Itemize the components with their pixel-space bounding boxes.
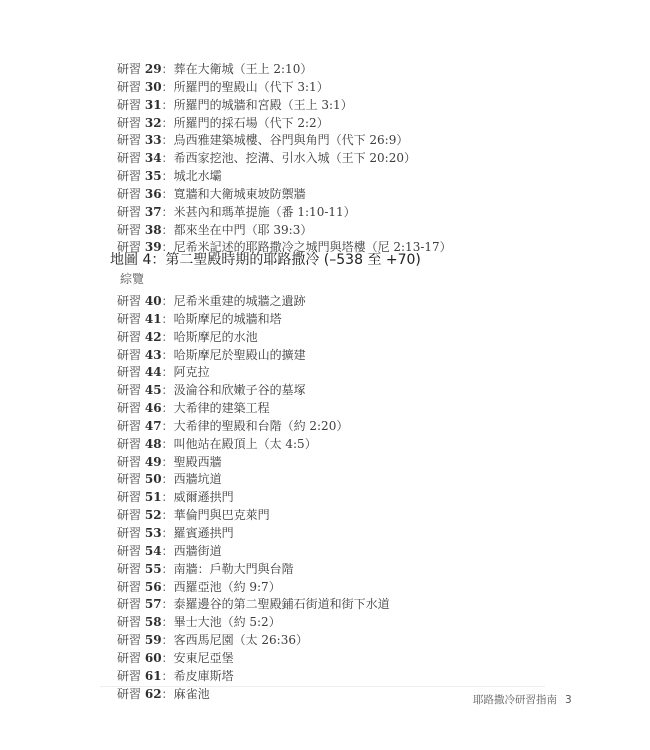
entry-title: 所羅門的城牆和宮殿（王上 3:1） <box>174 98 353 112</box>
entry-title: 西牆街道 <box>174 544 222 558</box>
entry-prefix: 研習 <box>117 544 141 558</box>
entry-number: 40 <box>145 294 162 308</box>
toc-entry: 研習 53：羅賓遜拱門 <box>117 525 390 543</box>
toc-entry: 研習 48：叫他站在殿頂上（太 4:5） <box>117 436 390 454</box>
toc-entry: 研習 60：安東尼亞堡 <box>117 650 390 668</box>
entry-title: 羅賓遜拱門 <box>174 526 234 540</box>
toc-entry: 研習 58：畢士大池（約 5:2） <box>117 614 390 632</box>
entry-title: 所羅門的聖殿山（代下 3:1） <box>174 80 329 94</box>
entry-title: 客西馬尼園（太 26:36） <box>174 633 308 647</box>
entry-number: 33 <box>145 133 162 147</box>
footer-divider <box>100 686 545 687</box>
entry-title: 畢士大池（約 5:2） <box>174 615 281 629</box>
page-number: 3 <box>565 694 572 706</box>
toc-entry: 研習 47：大希律的聖殿和台階（約 2:20） <box>117 418 390 436</box>
entry-number: 35 <box>145 169 162 183</box>
entry-prefix: 研習 <box>117 365 141 379</box>
entry-title: 泰羅邊谷的第二聖殿鋪石街道和街下水道 <box>174 597 390 611</box>
entry-title: 所羅門的採石場（代下 2:2） <box>174 116 329 130</box>
entry-title: 米甚內和瑪革提施（番 1:10-11） <box>174 205 356 219</box>
entry-prefix: 研習 <box>117 455 141 469</box>
entry-title: 哈斯摩尼的水池 <box>174 330 258 344</box>
entry-number: 60 <box>145 651 162 665</box>
toc-entry: 研習 36：寬牆和大衛城東坡防禦牆 <box>117 186 452 204</box>
entry-title: 大希律的建築工程 <box>174 401 270 415</box>
entry-number: 43 <box>145 348 162 362</box>
entry-number: 29 <box>145 62 162 76</box>
toc-entry: 研習 35：城北水壩 <box>117 168 452 186</box>
entry-prefix: 研習 <box>117 98 141 112</box>
entry-title: 華倫門與巴克萊門 <box>174 508 270 522</box>
entry-prefix: 研習 <box>117 133 141 147</box>
entry-number: 34 <box>145 151 162 165</box>
entry-prefix: 研習 <box>117 151 141 165</box>
entry-title: 寬牆和大衛城東坡防禦牆 <box>174 187 306 201</box>
entry-prefix: 研習 <box>117 169 141 183</box>
toc-entry: 研習 40：尼希米重建的城牆之遺跡 <box>117 293 390 311</box>
entry-number: 51 <box>145 490 162 504</box>
entry-number: 53 <box>145 526 162 540</box>
entry-title: 安東尼亞堡 <box>174 651 234 665</box>
toc-entry: 研習 61：希皮庫斯塔 <box>117 668 390 686</box>
entry-number: 36 <box>145 187 162 201</box>
toc-entry: 研習 42：哈斯摩尼的水池 <box>117 329 390 347</box>
entry-prefix: 研習 <box>117 187 141 201</box>
entry-title: 希皮庫斯塔 <box>174 669 234 683</box>
toc-entry: 研習 49：聖殿西牆 <box>117 454 390 472</box>
entry-number: 57 <box>145 597 162 611</box>
toc-entry: 研習 50：西牆坑道 <box>117 471 390 489</box>
entry-prefix: 研習 <box>117 401 141 415</box>
entry-number: 45 <box>145 383 162 397</box>
toc-entry: 研習 29：葬在大衛城（王上 2:10） <box>117 61 452 79</box>
entry-title: 西羅亞池（約 9:7） <box>174 580 281 594</box>
entry-prefix: 研習 <box>117 383 141 397</box>
entry-title: 西牆坑道 <box>174 472 222 486</box>
entry-prefix: 研習 <box>117 419 141 433</box>
entry-prefix: 研習 <box>117 615 141 629</box>
page-footer: 耶路撒冷研習指南3 <box>473 693 572 707</box>
toc-entry: 研習 62：麻雀池 <box>117 686 390 704</box>
entry-prefix: 研習 <box>117 116 141 130</box>
entry-number: 47 <box>145 419 162 433</box>
entry-prefix: 研習 <box>117 62 141 76</box>
entry-prefix: 研習 <box>117 508 141 522</box>
entry-prefix: 研習 <box>117 562 141 576</box>
entry-number: 55 <box>145 562 162 576</box>
entry-title: 烏西雅建築城樓、谷門與角門（代下 26:9） <box>174 133 409 147</box>
entry-prefix: 研習 <box>117 633 141 647</box>
toc-entry: 研習 38：都來坐在中門（耶 39:3） <box>117 222 452 240</box>
toc-entry: 研習 41：哈斯摩尼的城牆和塔 <box>117 311 390 329</box>
toc-entry: 研習 57：泰羅邊谷的第二聖殿鋪石街道和街下水道 <box>117 596 390 614</box>
toc-entry: 研習 54：西牆街道 <box>117 543 390 561</box>
toc-entry: 研習 30：所羅門的聖殿山（代下 3:1） <box>117 79 452 97</box>
entry-number: 52 <box>145 508 162 522</box>
entry-number: 42 <box>145 330 162 344</box>
entry-number: 56 <box>145 580 162 594</box>
entry-prefix: 研習 <box>117 205 141 219</box>
entry-number: 46 <box>145 401 162 415</box>
toc-entry: 研習 46：大希律的建築工程 <box>117 400 390 418</box>
entry-prefix: 研習 <box>117 223 141 237</box>
toc-list-map4: 研習 40：尼希米重建的城牆之遺跡 研習 41：哈斯摩尼的城牆和塔 研習 42：… <box>117 293 390 703</box>
entry-title: 汲淪谷和欣嫩子谷的墓塚 <box>174 383 306 397</box>
entry-title: 都來坐在中門（耶 39:3） <box>174 223 313 237</box>
entry-title: 哈斯摩尼於聖殿山的擴建 <box>174 348 306 362</box>
entry-number: 48 <box>145 437 162 451</box>
entry-number: 59 <box>145 633 162 647</box>
entry-title: 大希律的聖殿和台階（約 2:20） <box>174 419 349 433</box>
entry-prefix: 研習 <box>117 669 141 683</box>
entry-title: 威爾遜拱門 <box>174 490 234 504</box>
entry-title: 哈斯摩尼的城牆和塔 <box>174 312 282 326</box>
entry-title: 叫他站在殿頂上（太 4:5） <box>174 437 317 451</box>
entry-title: 阿克拉 <box>174 365 210 379</box>
overview-label: 綜覽 <box>120 270 144 288</box>
entry-number: 62 <box>145 687 162 701</box>
toc-entry: 研習 44：阿克拉 <box>117 364 390 382</box>
entry-title: 尼希米重建的城牆之遺跡 <box>174 294 306 308</box>
entry-number: 49 <box>145 455 162 469</box>
entry-number: 38 <box>145 223 162 237</box>
toc-list-map3: 研習 29：葬在大衛城（王上 2:10） 研習 30：所羅門的聖殿山（代下 3:… <box>117 61 452 257</box>
entry-number: 54 <box>145 544 162 558</box>
toc-entry: 研習 59：客西馬尼園（太 26:36） <box>117 632 390 650</box>
entry-title: 南牆：戶勒大門與台階 <box>174 562 294 576</box>
entry-number: 61 <box>145 669 162 683</box>
entry-prefix: 研習 <box>117 526 141 540</box>
toc-entry: 研習 33：烏西雅建築城樓、谷門與角門（代下 26:9） <box>117 132 452 150</box>
entry-title: 希西家挖池、挖溝、引水入城（王下 20:20） <box>174 151 416 165</box>
entry-number: 32 <box>145 116 162 130</box>
entry-prefix: 研習 <box>117 294 141 308</box>
toc-entry: 研習 32：所羅門的採石場（代下 2:2） <box>117 115 452 133</box>
document-page: 研習 29：葬在大衛城（王上 2:10） 研習 30：所羅門的聖殿山（代下 3:… <box>0 0 650 750</box>
toc-entry: 研習 43：哈斯摩尼於聖殿山的擴建 <box>117 347 390 365</box>
entry-prefix: 研習 <box>117 348 141 362</box>
toc-entry: 研習 51：威爾遜拱門 <box>117 489 390 507</box>
entry-prefix: 研習 <box>117 472 141 486</box>
entry-title: 葬在大衛城（王上 2:10） <box>174 62 313 76</box>
entry-number: 58 <box>145 615 162 629</box>
entry-number: 44 <box>145 365 162 379</box>
entry-title: 聖殿西牆 <box>174 455 222 469</box>
entry-prefix: 研習 <box>117 597 141 611</box>
entry-prefix: 研習 <box>117 80 141 94</box>
toc-entry: 研習 55：南牆：戶勒大門與台階 <box>117 561 390 579</box>
footer-book-title: 耶路撒冷研習指南 <box>473 694 557 706</box>
entry-prefix: 研習 <box>117 580 141 594</box>
entry-prefix: 研習 <box>117 490 141 504</box>
entry-prefix: 研習 <box>117 330 141 344</box>
entry-number: 41 <box>145 312 162 326</box>
entry-prefix: 研習 <box>117 687 141 701</box>
toc-entry: 研習 34：希西家挖池、挖溝、引水入城（王下 20:20） <box>117 150 452 168</box>
entry-prefix: 研習 <box>117 437 141 451</box>
toc-entry: 研習 31：所羅門的城牆和宮殿（王上 3:1） <box>117 97 452 115</box>
toc-entry: 研習 56：西羅亞池（約 9:7） <box>117 579 390 597</box>
entry-title: 城北水壩 <box>174 169 222 183</box>
entry-number: 37 <box>145 205 162 219</box>
toc-entry: 研習 37：米甚內和瑪革提施（番 1:10-11） <box>117 204 452 222</box>
toc-entry: 研習 45：汲淪谷和欣嫩子谷的墓塚 <box>117 382 390 400</box>
toc-entry: 研習 52：華倫門與巴克萊門 <box>117 507 390 525</box>
entry-title: 麻雀池 <box>174 687 210 701</box>
section-heading-map4: 地圖 4：第二聖殿時期的耶路撒冷 (–538 至 +70) <box>110 250 421 270</box>
entry-prefix: 研習 <box>117 651 141 665</box>
entry-number: 30 <box>145 80 162 94</box>
entry-number: 50 <box>145 472 162 486</box>
entry-prefix: 研習 <box>117 312 141 326</box>
entry-number: 31 <box>145 98 162 112</box>
